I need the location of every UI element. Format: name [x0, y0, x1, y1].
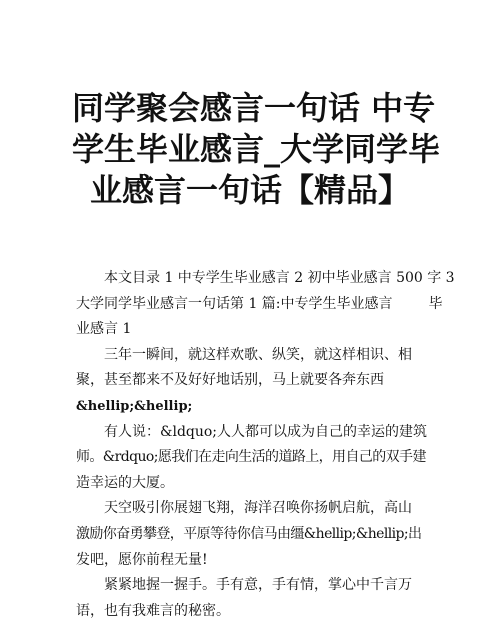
paragraph-1: 三年一瞬间，就这样欢歌、纵笑，就这样相识、相 聚，甚至都来不及好好地话别，马上就…: [76, 343, 424, 420]
title-line-3: 业感言一句话【精品】: [72, 170, 428, 211]
paragraph-1-line-1: 三年一瞬间，就这样欢歌、纵笑，就这样相识、相: [76, 343, 424, 369]
paragraph-3-line-2: 激励你奋勇攀登，平原等待你信马由缰&hellip;&hellip;出: [76, 522, 424, 548]
toc-line-2-text: 大学同学毕业感言一句话第 1 篇:中专学生毕业感言: [76, 296, 393, 312]
toc-line-2-end: 毕: [429, 296, 443, 312]
paragraph-4-line-2: 语，也有我难言的秘密。: [76, 599, 424, 625]
paragraph-3-line-3: 发吧，愿你前程无量!: [76, 548, 424, 574]
paragraph-4-line-1: 紧紧地握一握手。手有意，手有情，掌心中千言万: [76, 573, 424, 599]
paragraph-2-line-1: 有人说：&ldquo;人人都可以成为自己的幸运的建筑: [76, 420, 424, 446]
paragraph-2-line-3: 造幸运的大厦。: [76, 471, 424, 497]
toc-line-3: 业感言 1: [76, 317, 424, 343]
paragraph-2: 有人说：&ldquo;人人都可以成为自己的幸运的建筑 师。&rdquo;愿我们在…: [76, 420, 424, 497]
title-line-1: 同学聚会感言一句话 中专: [72, 88, 428, 129]
toc-line-1: 本文目录 1 中专学生毕业感言 2 初中毕业感言 500 字 3: [76, 266, 424, 292]
table-of-contents-paragraph: 本文目录 1 中专学生毕业感言 2 初中毕业感言 500 字 3 大学同学毕业感…: [76, 266, 424, 343]
document-body: 本文目录 1 中专学生毕业感言 2 初中毕业感言 500 字 3 大学同学毕业感…: [76, 266, 424, 624]
paragraph-2-line-2: 师。&rdquo;愿我们在走向生活的道路上，用自己的双手建: [76, 445, 424, 471]
paragraph-3: 天空吸引你展翅飞翔，海洋召唤你扬帆启航，高山 激励你奋勇攀登，平原等待你信马由缰…: [76, 496, 424, 573]
paragraph-1-line-2: 聚，甚至都来不及好好地话别，马上就要各奔东西: [76, 368, 424, 394]
paragraph-3-line-1: 天空吸引你展翅飞翔，海洋召唤你扬帆启航，高山: [76, 496, 424, 522]
document-title: 同学聚会感言一句话 中专 学生毕业感言_大学同学毕 业感言一句话【精品】: [72, 88, 428, 211]
paragraph-4: 紧紧地握一握手。手有意，手有情，掌心中千言万 语，也有我难言的秘密。: [76, 573, 424, 624]
document-page: 同学聚会感言一句话 中专 学生毕业感言_大学同学毕 业感言一句话【精品】 本文目…: [0, 0, 500, 636]
paragraph-1-line-3: &hellip;&hellip;: [76, 394, 424, 420]
title-line-2: 学生毕业感言_大学同学毕: [72, 129, 428, 170]
toc-line-2: 大学同学毕业感言一句话第 1 篇:中专学生毕业感言毕: [76, 292, 424, 318]
